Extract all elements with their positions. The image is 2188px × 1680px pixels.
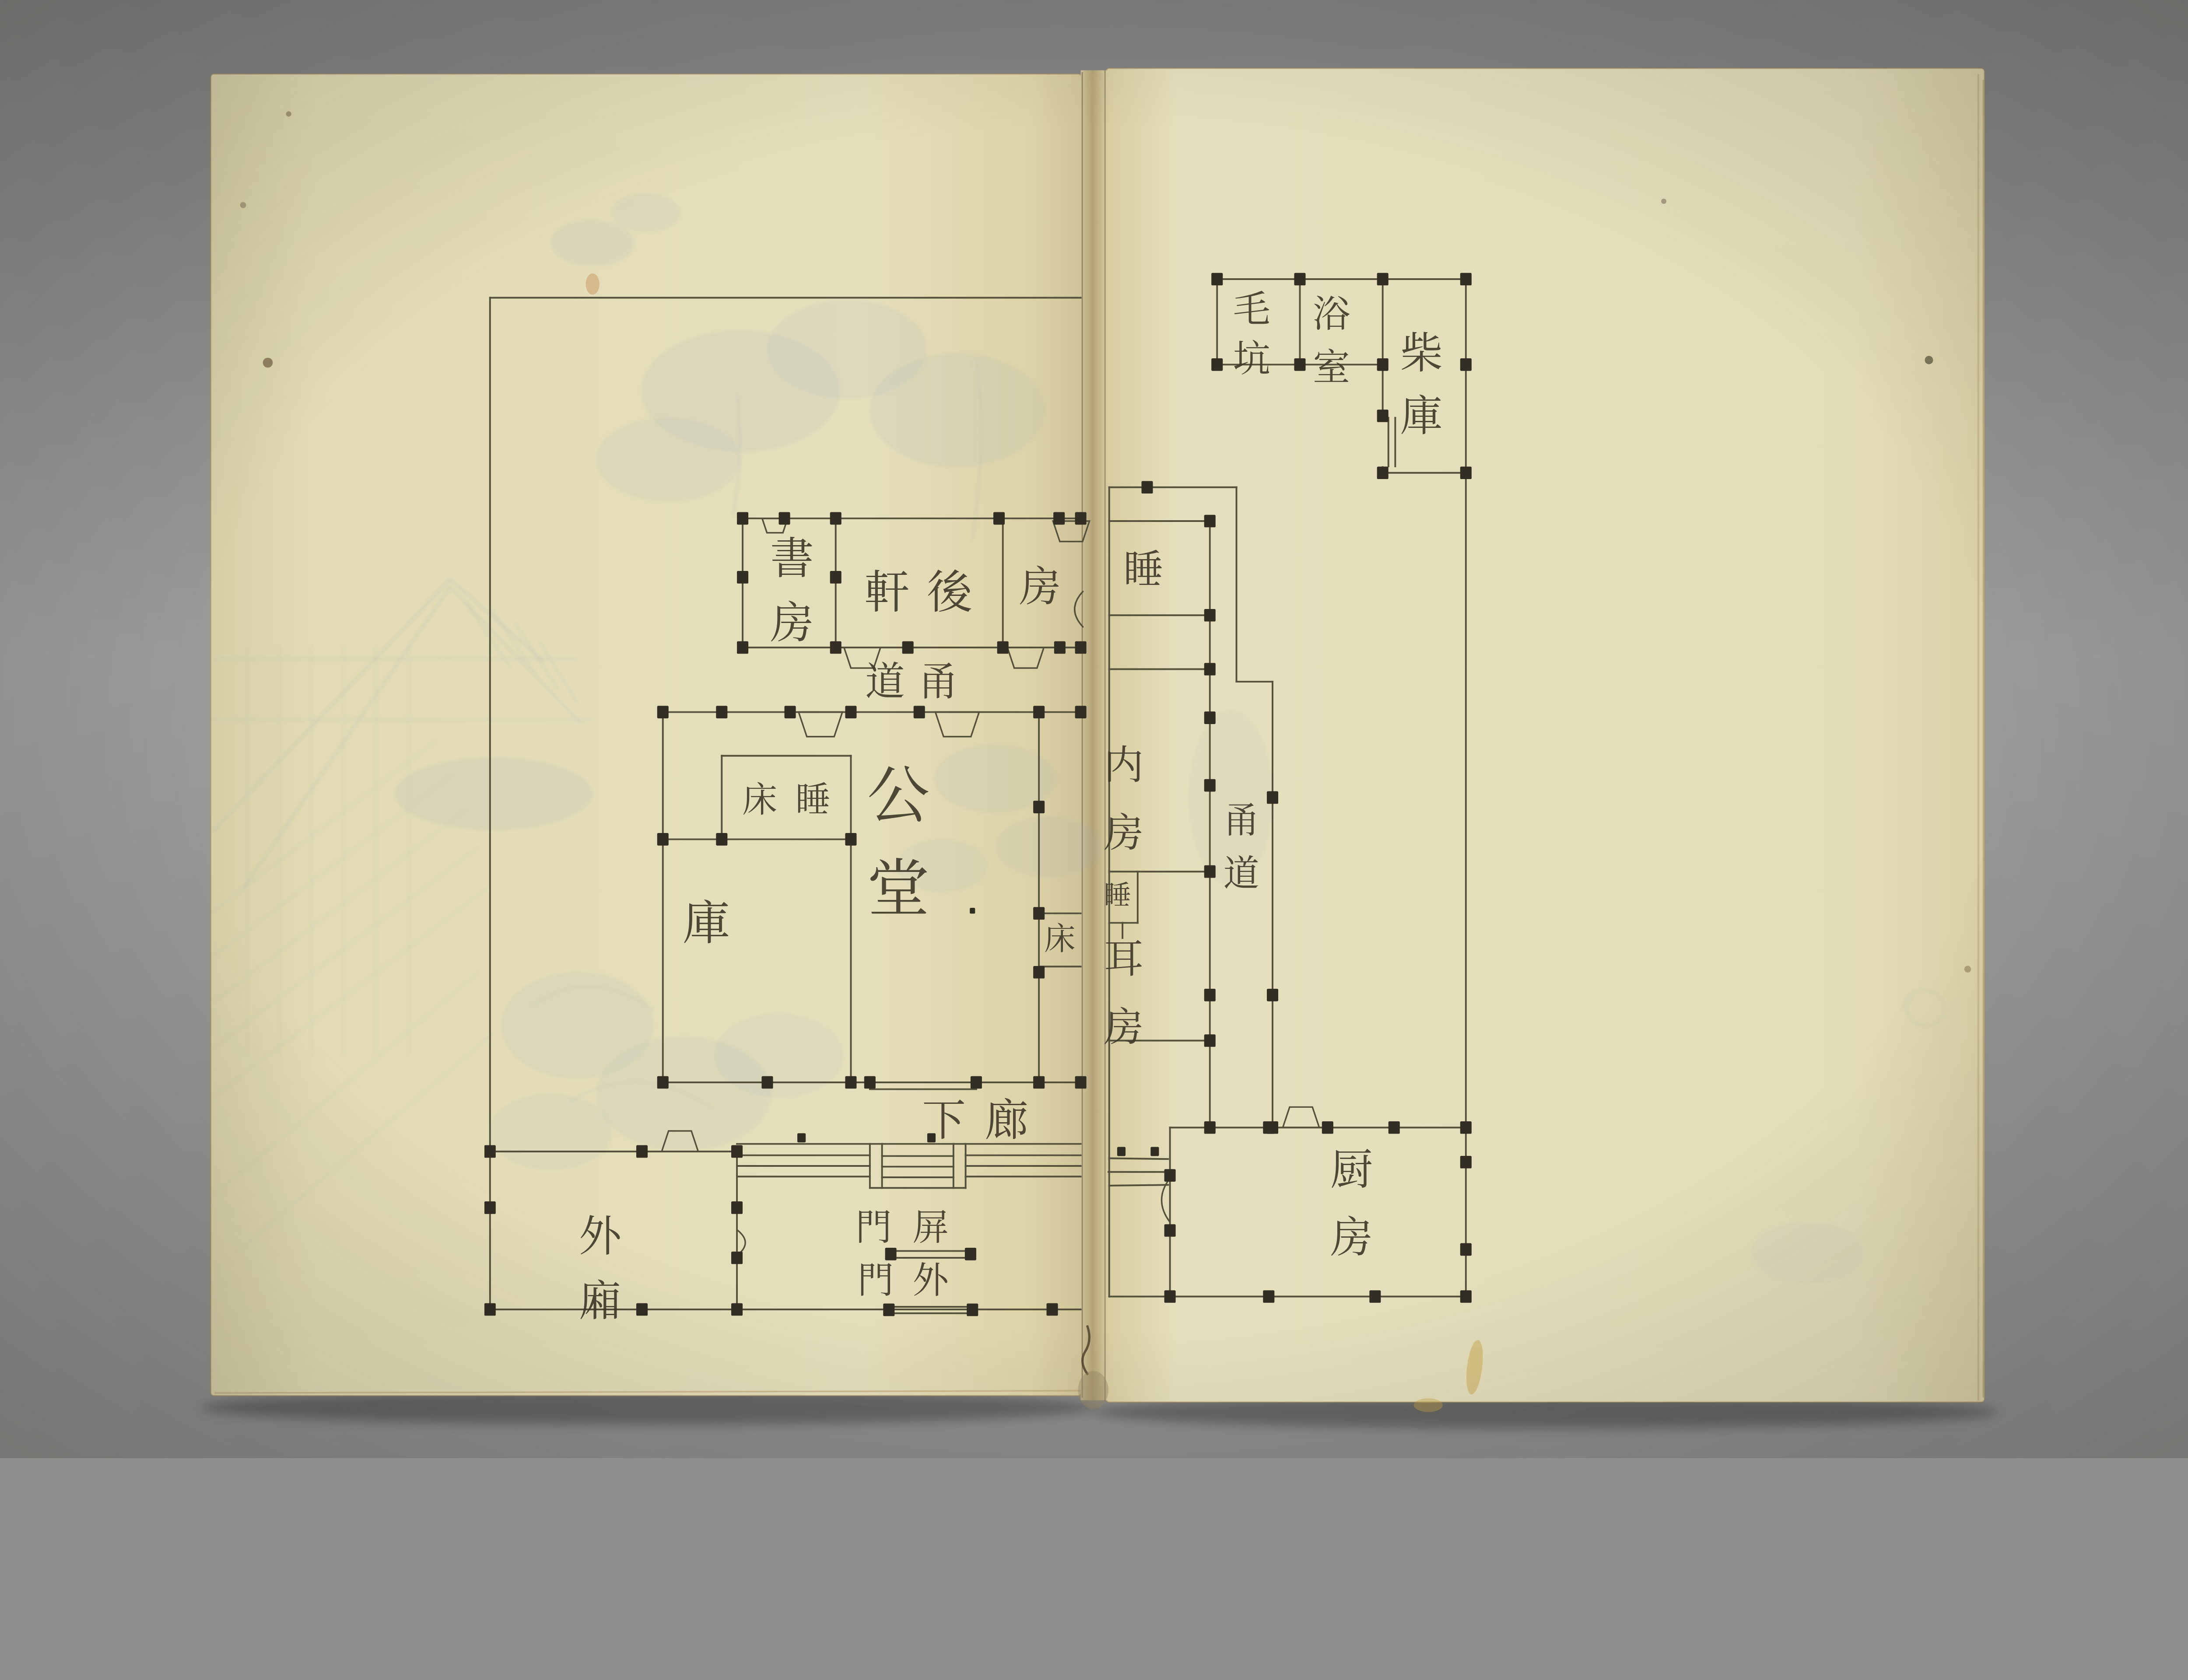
book-spread-floor-plan: 書房後軒房甬道睡床公堂庫床廊下外廂屏門外門 毛坑浴室柴庫睡内房甬道睡耳房厨房 bbox=[0, 0, 2188, 1458]
photograph-of-open-book: 書房後軒房甬道睡床公堂庫床廊下外廂屏門外門 毛坑浴室柴庫睡内房甬道睡耳房厨房 bbox=[0, 0, 2188, 1458]
photo-vignette bbox=[0, 0, 2188, 1458]
